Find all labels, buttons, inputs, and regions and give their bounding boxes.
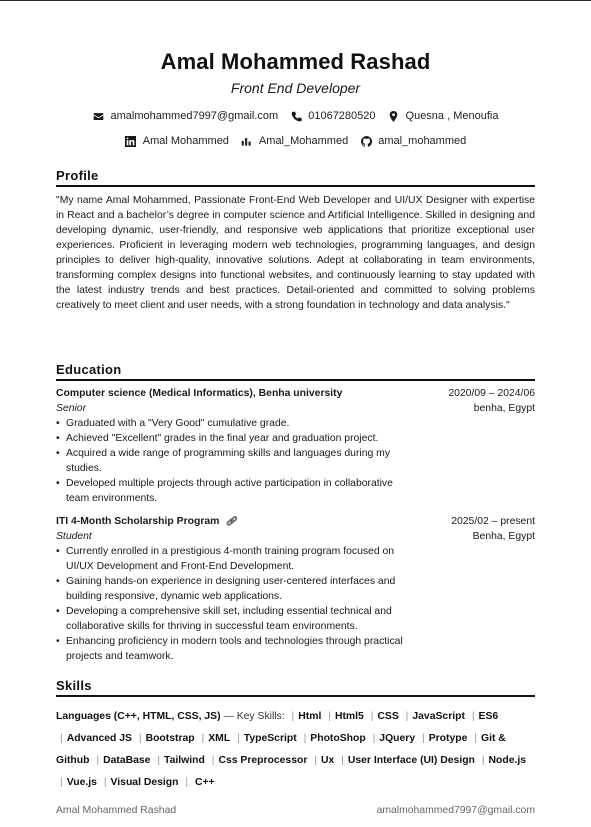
bullet-item: Developed multiple projects through acti… bbox=[56, 476, 416, 506]
skills-category: Languages (C++, HTML, CSS, JS) bbox=[56, 711, 221, 722]
phone-icon bbox=[290, 110, 302, 122]
skill-item: User Interface (UI) Design bbox=[348, 755, 475, 766]
skill-item: JQuery bbox=[379, 733, 415, 744]
skill-separator: | bbox=[212, 755, 215, 766]
skill-separator: | bbox=[482, 755, 485, 766]
footer-email: amalmohammed7997@gmail.com bbox=[377, 805, 535, 816]
skill-separator: | bbox=[314, 755, 317, 766]
bullet-item: Achieved "Excellent" grades in the final… bbox=[56, 431, 416, 446]
education-entry: Computer science (Medical Informatics), … bbox=[56, 386, 535, 506]
candidate-role: Front End Developer bbox=[56, 80, 535, 96]
education-dates: 2025/02 – present bbox=[451, 514, 535, 529]
contact-email[interactable]: amalmohammed7997@gmail.com bbox=[93, 110, 279, 122]
skill-separator: | bbox=[292, 711, 295, 722]
linkedin-icon bbox=[125, 135, 137, 147]
education-location: Benha, Egypt bbox=[473, 529, 535, 544]
skill-separator: | bbox=[96, 755, 99, 766]
skills-list: Languages (C++, HTML, CSS, JS) — Key Ski… bbox=[56, 706, 535, 794]
education-entry: ITI 4-Month Scholarship Program 🔗︎ 2025/… bbox=[56, 514, 535, 664]
bullet-item: Developing a comprehensive skill set, in… bbox=[56, 604, 416, 634]
skill-item: Ux bbox=[321, 755, 334, 766]
skill-separator: | bbox=[373, 733, 376, 744]
skill-item: TypeScript bbox=[244, 733, 297, 744]
skill-separator: | bbox=[157, 755, 160, 766]
skill-item: Html bbox=[298, 711, 321, 722]
education-bullets: Currently enrolled in a prestigious 4-mo… bbox=[56, 544, 416, 664]
education-dates: 2020/09 – 2024/06 bbox=[448, 386, 535, 401]
skill-item: Protype bbox=[429, 733, 468, 744]
skill-item: ES6 bbox=[479, 711, 499, 722]
education-title: ITI 4-Month Scholarship Program bbox=[56, 514, 219, 529]
skill-separator: | bbox=[60, 733, 63, 744]
skill-separator: | bbox=[371, 711, 374, 722]
skill-item: DataBase bbox=[103, 755, 150, 766]
links-row: Amal Mohammed Amal_Mohammed amal_mohamme… bbox=[56, 135, 535, 147]
skill-item: CSS bbox=[377, 711, 398, 722]
footer-name: Amal Mohammed Rashad bbox=[56, 805, 176, 816]
skill-separator: | bbox=[104, 777, 107, 788]
bullet-item: Enhancing proficiency in modern tools an… bbox=[56, 634, 416, 664]
section-title-skills: Skills bbox=[56, 678, 535, 697]
education-title: Computer science (Medical Informatics), … bbox=[56, 386, 342, 401]
education-role: Student bbox=[56, 529, 92, 544]
page-footer: Amal Mohammed Rashad amalmohammed7997@gm… bbox=[56, 805, 535, 816]
skill-separator: | bbox=[60, 777, 63, 788]
link-stackoverflow[interactable]: Amal_Mohammed bbox=[241, 135, 348, 147]
bullet-item: Graduated with a "Very Good" cumulative … bbox=[56, 416, 416, 431]
link-github[interactable]: amal_mohammed bbox=[360, 135, 466, 147]
education-role: Senior bbox=[56, 401, 86, 416]
profile-summary: "My name Amal Mohammed, Passionate Front… bbox=[56, 193, 535, 313]
skill-item: Vue.js bbox=[67, 777, 97, 788]
skill-separator: | bbox=[341, 755, 344, 766]
skill-separator: | bbox=[139, 733, 142, 744]
skill-separator: | bbox=[237, 733, 240, 744]
skill-item: C++ bbox=[195, 777, 215, 788]
email-icon bbox=[93, 110, 105, 122]
contact-row: amalmohammed7997@gmail.com 01067280520 Q… bbox=[56, 110, 535, 122]
bullet-item: Acquired a wide range of programming ski… bbox=[56, 446, 416, 476]
bullet-item: Gaining hands-on experience in designing… bbox=[56, 574, 416, 604]
bar-chart-icon bbox=[241, 135, 253, 147]
contact-location: Quesna , Menoufia bbox=[388, 110, 499, 122]
contact-phone[interactable]: 01067280520 bbox=[290, 110, 375, 122]
key-skills-label: Key Skills: bbox=[237, 711, 285, 722]
skill-separator: | bbox=[328, 711, 331, 722]
skill-item: Tailwind bbox=[164, 755, 205, 766]
skill-item: Node.js bbox=[489, 755, 527, 766]
link-icon[interactable]: 🔗︎ bbox=[225, 514, 236, 529]
skill-item: JavaScript bbox=[412, 711, 465, 722]
skill-item: Css Preprocessor bbox=[218, 755, 307, 766]
link-linkedin[interactable]: Amal Mohammed bbox=[125, 135, 229, 147]
skill-item: XML bbox=[208, 733, 230, 744]
education-location: benha, Egypt bbox=[474, 401, 535, 416]
skill-separator: | bbox=[472, 711, 475, 722]
skill-separator: | bbox=[185, 777, 188, 788]
skill-separator: | bbox=[304, 733, 307, 744]
skill-separator: | bbox=[474, 733, 477, 744]
github-icon bbox=[360, 135, 372, 147]
skill-item: PhotoShop bbox=[310, 733, 365, 744]
section-title-profile: Profile bbox=[56, 168, 535, 187]
skill-item: Advanced JS bbox=[67, 733, 132, 744]
skill-separator: | bbox=[406, 711, 409, 722]
candidate-name: Amal Mohammed Rashad bbox=[56, 49, 535, 75]
skills-dash: — bbox=[223, 711, 233, 722]
section-title-education: Education bbox=[56, 362, 535, 381]
top-border bbox=[0, 0, 591, 1]
location-icon bbox=[388, 110, 400, 122]
skill-separator: | bbox=[422, 733, 425, 744]
skill-item: Bootstrap bbox=[146, 733, 195, 744]
skill-item: Visual Design bbox=[111, 777, 179, 788]
skill-item: Html5 bbox=[335, 711, 364, 722]
skill-separator: | bbox=[202, 733, 205, 744]
education-bullets: Graduated with a "Very Good" cumulative … bbox=[56, 416, 416, 506]
bullet-item: Currently enrolled in a prestigious 4-mo… bbox=[56, 544, 416, 574]
